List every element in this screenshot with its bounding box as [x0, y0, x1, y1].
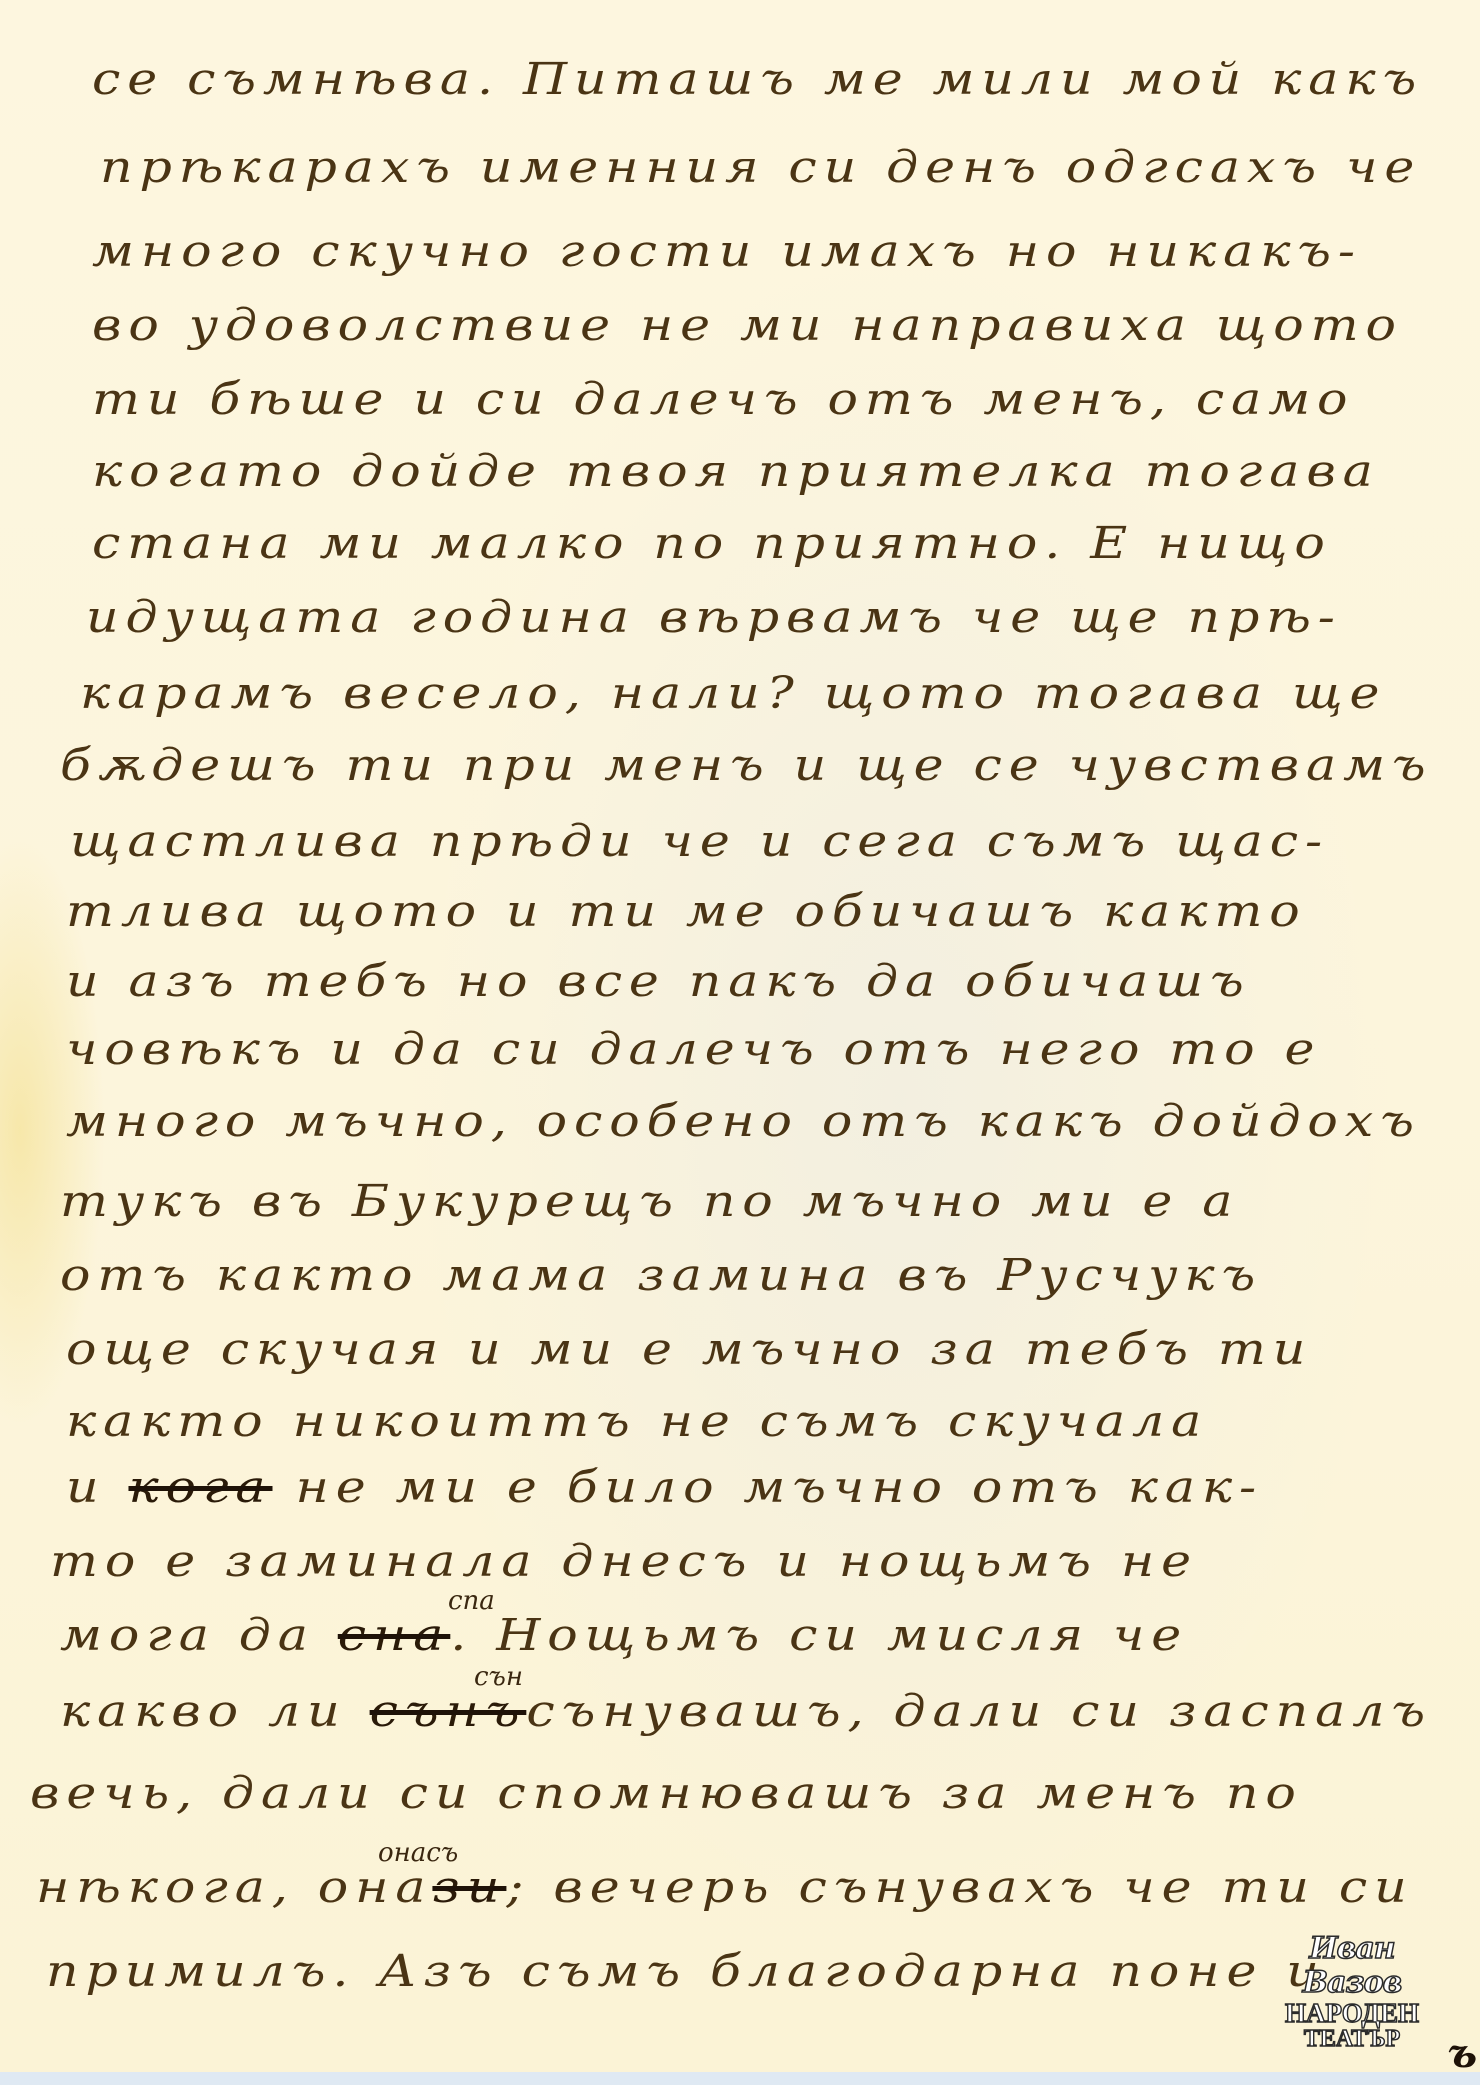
struck-word: сънъ	[370, 1686, 527, 1737]
text-line: много мъчно, особено отъ какъ дойдохъ	[66, 1100, 1421, 1144]
text-line: идущата година вѣрвамъ че ще прѣ-	[86, 596, 1342, 640]
text-line: то е заминала днесъ и нощьмъ не	[50, 1540, 1198, 1584]
text-line-with-strike: какво ли сънъсънувашъ, дали си заспалъ	[60, 1690, 1432, 1734]
text-line: стана ми малко по приятно. Е нищо	[92, 522, 1332, 566]
text-line-with-strike: нѣкога, онази; вечерь сънувахъ че ти си	[36, 1866, 1414, 1910]
scan-edge-strip	[0, 2072, 1480, 2085]
ivan-vazov-signature-logo: Иван Вазов	[1262, 1932, 1442, 2000]
text-line: прѣкарахъ именния си денъ одгсахъ че	[100, 146, 1421, 190]
text-line: още скучая и ми е мъчно за тебъ ти	[66, 1328, 1312, 1372]
text-line-with-strike: мога да сна. Нощьмъ си мисля че	[60, 1614, 1188, 1658]
text-line: вечь, дали си спомнювашъ за менъ по	[30, 1772, 1303, 1816]
national-theatre-watermark: Иван Вазов НАРОДЕН ТЕАТЪР	[1262, 1932, 1442, 2052]
watermark-line1: НАРОДЕН	[1262, 2000, 1442, 2026]
text-line: примилъ. Азъ съмъ благодарна поне и	[46, 1950, 1326, 1994]
text-after: . Нощьмъ си мисля че	[450, 1610, 1188, 1661]
text-line: се съмнѣва. Питашъ ме мили мой какъ	[92, 58, 1423, 102]
watermark-line2: ТЕАТЪР	[1262, 2026, 1442, 2052]
text-line: и азъ тебъ но все пакъ да обичашъ	[66, 960, 1251, 1004]
text-line: когато дойде твоя приятелка тогава	[92, 450, 1380, 494]
text-after: не ми е било мъчно отъ как-	[272, 1462, 1263, 1513]
text-after: сънувашъ, дали си заспалъ	[526, 1686, 1432, 1737]
text-line: тлива щото и ти ме обичашъ както	[66, 890, 1307, 934]
text-line: човѣкъ и да си далечъ отъ него то е	[66, 1028, 1321, 1072]
text-line-with-strike: и кога не ми е било мъчно отъ как-	[66, 1466, 1263, 1510]
text-line: тукъ въ Букурещъ по мъчно ми е а	[60, 1180, 1239, 1224]
text-line: бѫдешъ ти при менъ и ще се чувствамъ	[60, 744, 1433, 788]
struck-word: кога	[128, 1462, 272, 1513]
text-before: мога да	[60, 1610, 338, 1661]
text-line: много скучно гости имахъ но никакъ-	[92, 230, 1362, 274]
text-line: щастлива прѣди че и сега съмъ щас-	[70, 820, 1329, 864]
text-line: отъ както мама замина въ Русчукъ	[60, 1254, 1262, 1298]
text-after: ; вечерь сънувахъ че ти си	[506, 1862, 1413, 1913]
struck-word: зи	[432, 1862, 506, 1913]
letter-page: се съмнѣва. Питашъ ме мили мой какъ прѣк…	[0, 0, 1480, 2072]
text-line: во удоволствие не ми направиха щото	[92, 304, 1403, 348]
struck-word: сна	[338, 1610, 451, 1661]
text-line: карамъ весело, нали? щото тогава ще	[80, 672, 1386, 716]
text-line: ти бѣше и си далечъ отъ менъ, само	[92, 378, 1354, 422]
text-before: нѣкога, она	[36, 1862, 432, 1913]
text-before: и	[66, 1462, 128, 1513]
text-before: какво ли	[60, 1686, 370, 1737]
text-line: както никоиттъ не съмъ скучала	[66, 1400, 1208, 1444]
corner-mark: ъ	[1448, 2030, 1477, 2077]
